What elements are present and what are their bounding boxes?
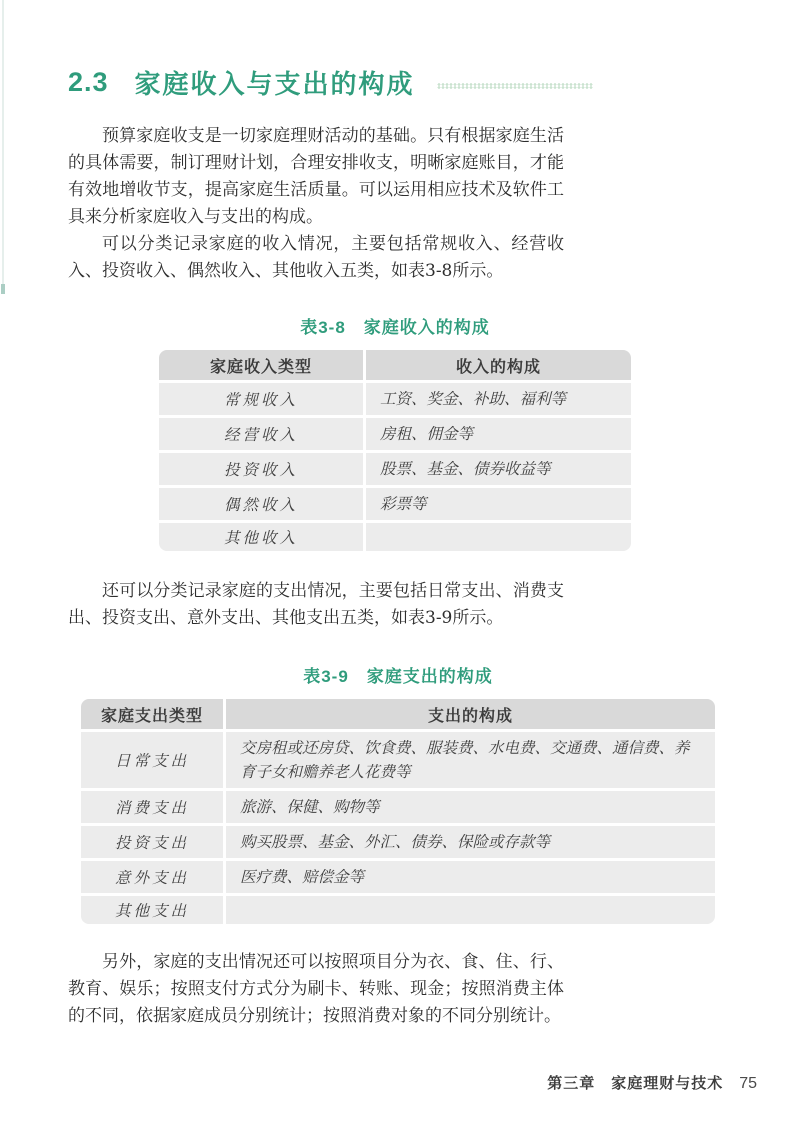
table-row: 其他支出 bbox=[81, 896, 715, 924]
income-type-cell: 常规收入 bbox=[159, 383, 363, 415]
heading-decoration-line bbox=[437, 83, 593, 89]
table-row: 偶然收入 彩票等 bbox=[159, 488, 631, 520]
page-content: 2.3 家庭收入与支出的构成 预算家庭收支是一切家庭理财活动的基础。只有根据家庭… bbox=[68, 64, 728, 1030]
income-type-cell: 投资收入 bbox=[159, 453, 363, 485]
table-row: 其他收入 bbox=[159, 523, 631, 551]
section-number: 2.3 bbox=[68, 67, 109, 98]
expense-table-caption: 表3-9 家庭支出的构成 bbox=[78, 662, 718, 687]
footer-page-number: 75 bbox=[739, 1075, 757, 1093]
section-heading: 2.3 家庭收入与支出的构成 bbox=[68, 64, 728, 101]
income-type-header: 家庭收入类型 bbox=[159, 350, 363, 380]
income-composition-header: 收入的构成 bbox=[366, 350, 631, 380]
expense-detail-cell: 购买股票、基金、外汇、债券、保险或存款等 bbox=[226, 826, 715, 858]
income-detail-cell: 工资、奖金、补助、福利等 bbox=[366, 383, 631, 415]
income-table-caption: 表3-8 家庭收入的构成 bbox=[156, 313, 634, 338]
table-row: 投资收入 股票、基金、债券收益等 bbox=[159, 453, 631, 485]
expense-table-section: 表3-9 家庭支出的构成 家庭支出类型 支出的构成 日常支出 交房租或还房贷、饮… bbox=[78, 662, 718, 927]
income-detail-cell: 房租、佣金等 bbox=[366, 418, 631, 450]
paragraph-income-categories: 可以分类记录家庭的收入情况，主要包括常规收入、经营收入、投资收入、偶然收入、其他… bbox=[68, 231, 564, 285]
expense-type-cell: 其他支出 bbox=[81, 896, 223, 924]
income-table-section: 表3-8 家庭收入的构成 家庭收入类型 收入的构成 常规收入 工资、奖金、补助、… bbox=[156, 313, 634, 554]
page-edge-decoration-tick bbox=[1, 284, 5, 294]
table-row: 常规收入 工资、奖金、补助、福利等 bbox=[159, 383, 631, 415]
expense-type-cell: 日常支出 bbox=[81, 732, 223, 788]
income-type-cell: 其他收入 bbox=[159, 523, 363, 551]
income-type-cell: 偶然收入 bbox=[159, 488, 363, 520]
expense-detail-cell: 医疗费、赔偿金等 bbox=[226, 861, 715, 893]
income-detail-cell: 彩票等 bbox=[366, 488, 631, 520]
expense-type-header: 家庭支出类型 bbox=[81, 699, 223, 729]
income-table: 家庭收入类型 收入的构成 常规收入 工资、奖金、补助、福利等 经营收入 房租、佣… bbox=[156, 347, 634, 554]
page-edge-decoration-line bbox=[2, 0, 4, 284]
table-row: 消费支出 旅游、保健、购物等 bbox=[81, 791, 715, 823]
expense-table: 家庭支出类型 支出的构成 日常支出 交房租或还房贷、饮食费、服装费、水电费、交通… bbox=[78, 696, 718, 927]
footer-chapter-title: 第三章 家庭理财与技术 bbox=[547, 1072, 723, 1093]
section-title: 家庭收入与支出的构成 bbox=[135, 64, 415, 101]
income-detail-cell bbox=[366, 523, 631, 551]
expense-type-cell: 意外支出 bbox=[81, 861, 223, 893]
income-detail-cell: 股票、基金、债券收益等 bbox=[366, 453, 631, 485]
income-table-header-row: 家庭收入类型 收入的构成 bbox=[159, 350, 631, 380]
expense-detail-cell: 交房租或还房贷、饮食费、服装费、水电费、交通费、通信费、养育子女和赡养老人花费等 bbox=[226, 732, 715, 788]
page-footer: 第三章 家庭理财与技术 75 bbox=[547, 1072, 757, 1093]
expense-detail-cell: 旅游、保健、购物等 bbox=[226, 791, 715, 823]
table-row: 经营收入 房租、佣金等 bbox=[159, 418, 631, 450]
expense-composition-header: 支出的构成 bbox=[226, 699, 715, 729]
expense-table-header-row: 家庭支出类型 支出的构成 bbox=[81, 699, 715, 729]
paragraph-budget-intro: 预算家庭收支是一切家庭理财活动的基础。只有根据家庭生活的具体需要，制订理财计划，… bbox=[68, 123, 564, 231]
income-type-cell: 经营收入 bbox=[159, 418, 363, 450]
expense-detail-cell bbox=[226, 896, 715, 924]
table-row: 意外支出 医疗费、赔偿金等 bbox=[81, 861, 715, 893]
table-row: 投资支出 购买股票、基金、外汇、债券、保险或存款等 bbox=[81, 826, 715, 858]
expense-type-cell: 投资支出 bbox=[81, 826, 223, 858]
paragraph-expense-categories: 还可以分类记录家庭的支出情况，主要包括日常支出、消费支出、投资支出、意外支出、其… bbox=[68, 578, 564, 632]
expense-type-cell: 消费支出 bbox=[81, 791, 223, 823]
paragraph-expense-classification: 另外，家庭的支出情况还可以按照项目分为衣、食、住、行、教育、娱乐；按照支付方式分… bbox=[68, 949, 564, 1030]
table-row: 日常支出 交房租或还房贷、饮食费、服装费、水电费、交通费、通信费、养育子女和赡养… bbox=[81, 732, 715, 788]
